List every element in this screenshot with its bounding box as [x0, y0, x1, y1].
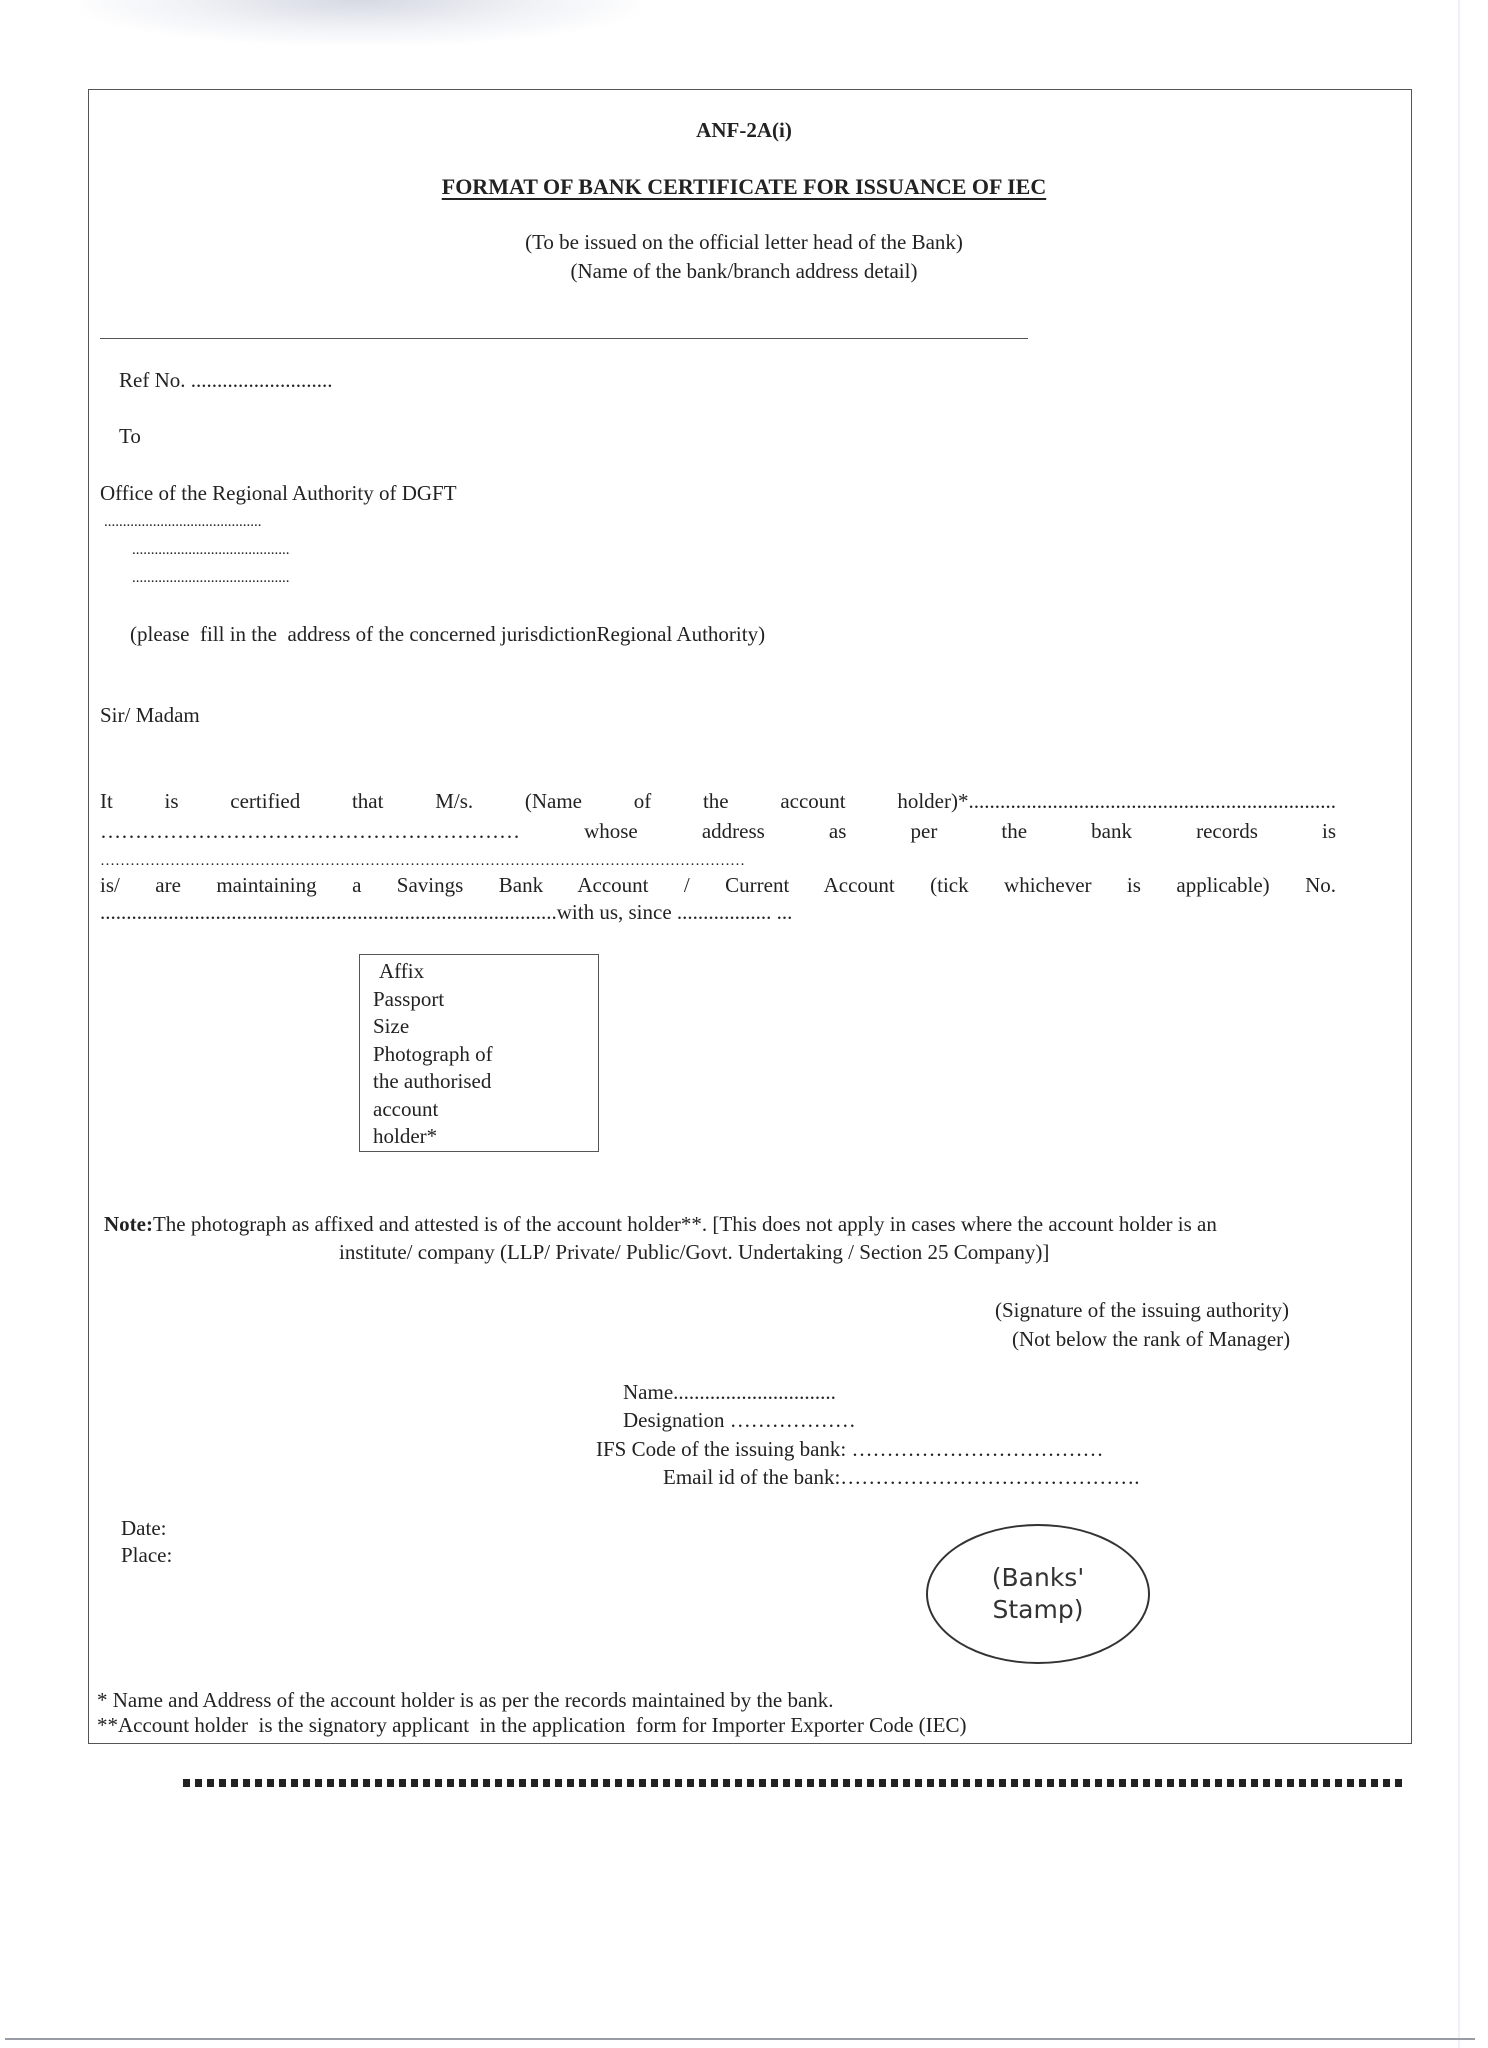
photo-placeholder: Affix Passport Size Photograph of the au… [359, 954, 599, 1152]
ref-no-field: Ref No. ........................... [119, 368, 333, 392]
designation-field: Designation ……………… [623, 1408, 856, 1432]
address-line-1: ........................................… [104, 510, 262, 534]
title-text: FORMAT OF BANK CERTIFICATE FOR ISSUANCE … [442, 174, 1046, 199]
ifs-code-field: IFS Code of the issuing bank: …………………………… [596, 1437, 1104, 1461]
note-text: The photograph as affixed and attested i… [153, 1212, 1217, 1236]
certificate-line-4: is/ are maintaining a Savings Bank Accou… [100, 870, 1336, 901]
to-label: To [119, 424, 141, 448]
photo-line: Size [373, 1013, 598, 1041]
place-label: Place: [121, 1543, 172, 1567]
photo-line: account [373, 1096, 598, 1124]
note-label: Note: [104, 1212, 153, 1236]
bank-address-instruction: (Name of the bank/branch address detail) [0, 259, 1488, 283]
stamp-line-2: Stamp) [993, 1594, 1084, 1626]
date-label: Date: [121, 1516, 166, 1540]
note-line-2: institute/ company (LLP/ Private/ Public… [339, 1240, 1049, 1264]
name-field: Name............................... [623, 1380, 836, 1404]
rank-caption: (Not below the rank of Manager) [1012, 1327, 1290, 1351]
address-instruction: (please fill in the address of the conce… [130, 622, 765, 646]
form-code: ANF-2A(i) [0, 118, 1488, 142]
photo-line: Passport [373, 986, 598, 1014]
certificate-line-1: It is certified that M/s. (Name of the a… [100, 786, 1336, 817]
page-edge-bottom [5, 2038, 1475, 2040]
salutation: Sir/ Madam [100, 703, 200, 727]
photo-line: holder* [373, 1123, 598, 1151]
certificate-line-2: …………………………………………………… whose address as pe… [100, 816, 1336, 847]
page-title: FORMAT OF BANK CERTIFICATE FOR ISSUANCE … [0, 175, 1488, 199]
office-line: Office of the Regional Authority of DGFT [100, 481, 457, 505]
address-line-2: ........................................… [132, 538, 290, 562]
letterhead-instruction: (To be issued on the official letter hea… [0, 230, 1488, 254]
footnote-2: **Account holder is the signatory applic… [97, 1713, 967, 1737]
signature-caption: (Signature of the issuing authority) [995, 1298, 1289, 1322]
address-line-3: ........................................… [132, 566, 290, 590]
cut-line [183, 1779, 1403, 1787]
bank-stamp-placeholder: (Banks' Stamp) [926, 1524, 1150, 1664]
letterhead-divider [100, 338, 1028, 339]
page-edge [1458, 0, 1460, 2048]
note-line-1: Note:The photograph as affixed and attes… [104, 1212, 1217, 1236]
certificate-line-5: ........................................… [100, 900, 792, 925]
stamp-line-1: (Banks' [992, 1562, 1084, 1594]
scan-smudge [80, 0, 640, 45]
photo-line: Photograph of [373, 1041, 598, 1069]
footnote-1: * Name and Address of the account holder… [97, 1688, 834, 1712]
email-field: Email id of the bank:……………………………………. [663, 1465, 1140, 1489]
photo-line: the authorised [373, 1068, 598, 1096]
photo-line: Affix [373, 958, 598, 986]
